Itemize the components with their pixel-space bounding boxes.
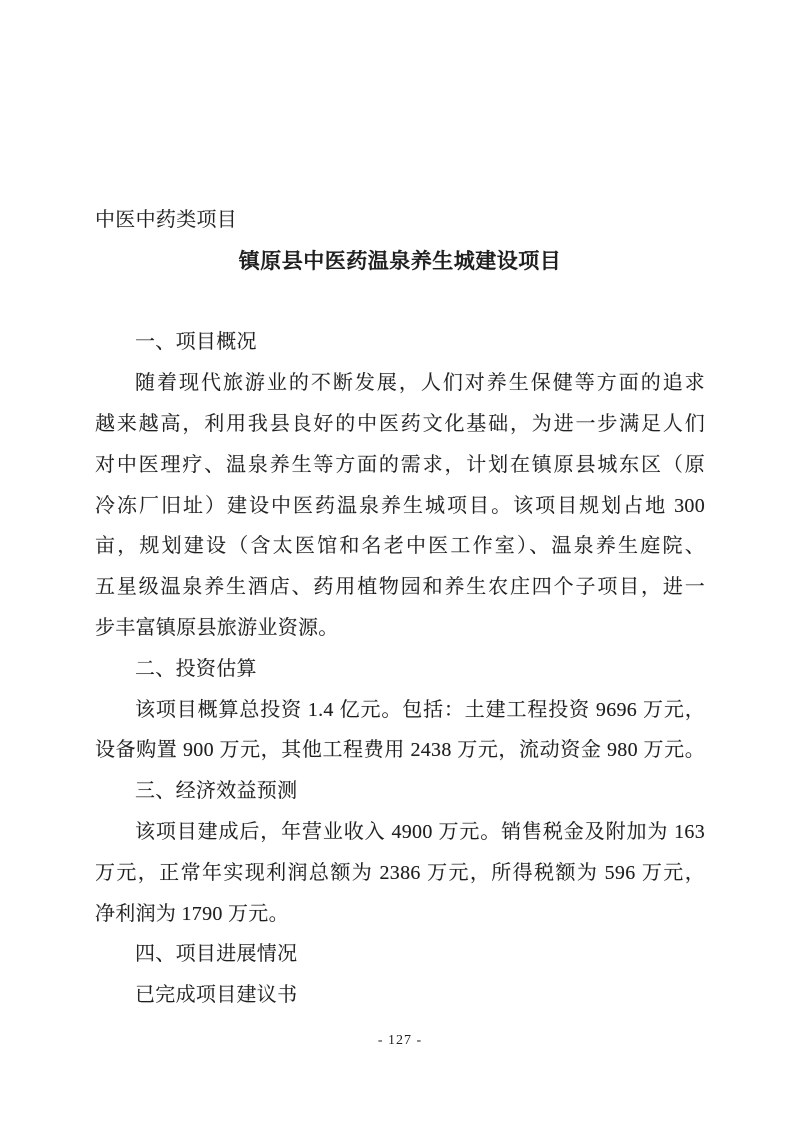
paragraph-line: 对中医理疗、温泉养生等方面的需求，计划在镇原县城东区（原 (95, 445, 705, 486)
paragraph-line: 冷冻厂旧址）建设中医药温泉养生城项目。该项目规划占地 300 (95, 486, 705, 527)
paragraph-line: 随着现代旅游业的不断发展，人们对养生保健等方面的追求 (95, 363, 705, 404)
paragraph-line: 该项目建成后，年营业收入 4900 万元。销售税金及附加为 163 (95, 812, 705, 853)
paragraph-line: 净利润为 1790 万元。 (95, 894, 705, 935)
document-title: 镇原县中医药温泉养生城建设项目 (95, 241, 705, 282)
paragraph-line: 已完成项目建议书 (95, 975, 705, 1016)
section-1-heading: 一、项目概况 (95, 322, 705, 363)
paragraph-line: 步丰富镇原县旅游业资源。 (95, 608, 705, 649)
paragraph-line: 万元，正常年实现利润总额为 2386 万元，所得税额为 596 万元， (95, 853, 705, 894)
paragraph-line: 越来越高，利用我县良好的中医药文化基础，为进一步满足人们 (95, 404, 705, 445)
document-page: 中医中药类项目 镇原县中医药温泉养生城建设项目 一、项目概况 随着现代旅游业的不… (0, 0, 800, 1131)
paragraph-line: 该项目概算总投资 1.4 亿元。包括：土建工程投资 9696 万元， (95, 690, 705, 731)
section-2-heading: 二、投资估算 (95, 649, 705, 690)
page-number: - 127 - (0, 1031, 800, 1051)
paragraph-line: 设备购置 900 万元，其他工程费用 2438 万元，流动资金 980 万元。 (95, 730, 705, 771)
section-3-heading: 三、经济效益预测 (95, 771, 705, 812)
paragraph-line: 亩，规划建设（含太医馆和名老中医工作室）、温泉养生庭院、 (95, 526, 705, 567)
category-header: 中医中药类项目 (95, 200, 705, 241)
blank-line (95, 282, 705, 323)
text-block: 中医中药类项目 镇原县中医药温泉养生城建设项目 一、项目概况 随着现代旅游业的不… (95, 200, 705, 1016)
section-4-heading: 四、项目进展情况 (95, 934, 705, 975)
paragraph-line: 五星级温泉养生酒店、药用植物园和养生农庄四个子项目，进一 (95, 567, 705, 608)
